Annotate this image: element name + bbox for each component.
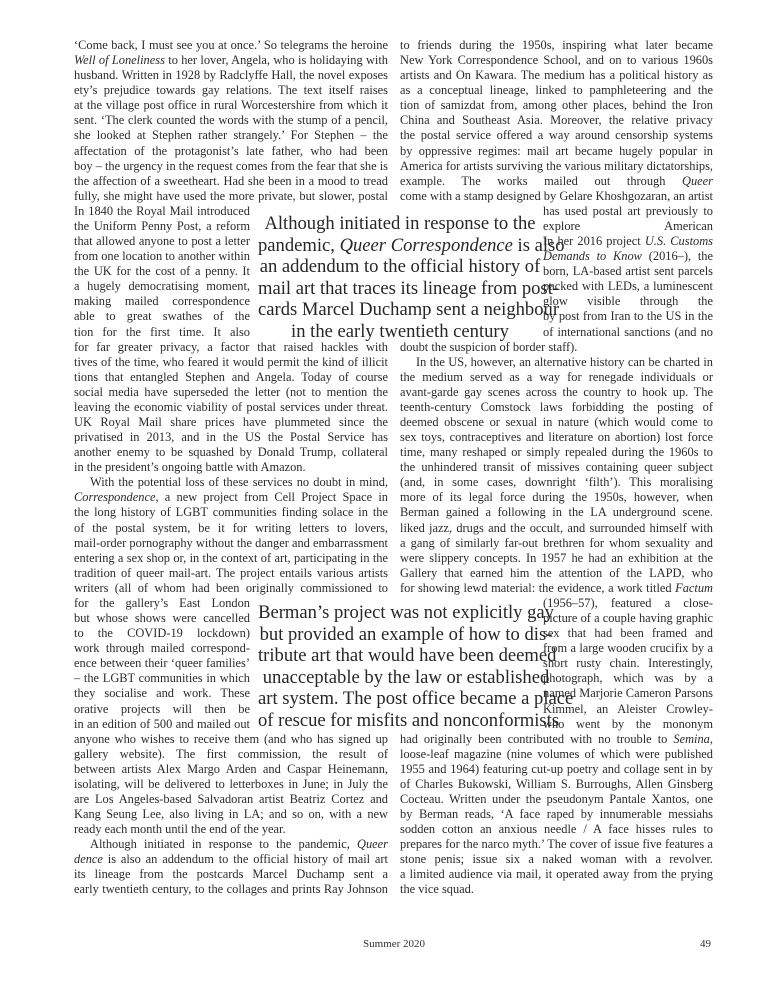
text-run: by oppressive regimes: mail art became h… — [400, 144, 713, 159]
text-line: example. The works mailed out through Qu… — [400, 174, 713, 189]
text-line: social media have superseded the letter … — [74, 385, 388, 400]
text-run: photograph, which was by a friend — [543, 671, 713, 686]
text-line: a limited audience via mail, it operated… — [400, 867, 713, 882]
text-run: she looked at Stephen rather strangely.’… — [74, 128, 388, 143]
text-line: tion of samizdat from, among other place… — [400, 98, 713, 113]
text-line: the postal service offered a way around … — [400, 128, 713, 143]
text-run: from one location to another within — [74, 249, 250, 263]
text-line: artists and On Kawara. The medium has a … — [400, 68, 713, 83]
text-line: 1955 and 1964) featuring cut-up poetry a… — [400, 762, 713, 777]
text-run: sent. ‘The clerk counted the words with … — [74, 113, 388, 128]
text-run: sex toys, contraceptives and literature … — [400, 430, 713, 445]
text-line: tion for the first time. It also allowed — [74, 325, 250, 340]
text-run: cards Marcel Duchamp sent a neighbour — [258, 299, 559, 320]
text-line: mail-order pornography without the dange… — [74, 536, 388, 551]
text-run: ‘Come back, I must see you at once.’ So … — [74, 38, 388, 53]
text-run: the medium served as a way for renegade … — [400, 370, 713, 385]
text-line: In her 2016 project U.S. Customs — [543, 234, 713, 249]
text-run: China and Southeast Asia. Moreover, the … — [400, 113, 713, 128]
text-line: to friends during the 1950s, inspiring w… — [400, 38, 713, 53]
text-line: explore American authoritarianism. — [543, 219, 713, 234]
text-line: its lineage from the postcards Marcel Du… — [74, 867, 388, 882]
text-line: ety’s prejudice towards gay relations. T… — [74, 83, 388, 98]
text-run: were slippery concepts. In 1957 he had a… — [400, 551, 713, 566]
text-line: the UK for the cost of a penny. It was — [74, 264, 250, 279]
text-line: tions that entangled Stephen and Angela.… — [74, 370, 388, 385]
text-run: tion of samizdat from, among other place… — [400, 98, 713, 113]
text-line: she looked at Stephen rather strangely.’… — [74, 128, 388, 143]
text-run: that allowed anyone to post a letter — [74, 234, 250, 248]
text-line: sex that had been framed and hung — [543, 626, 713, 641]
text-line: the vice squad. — [400, 882, 713, 897]
text-line: the Uniform Penny Post, a reform — [74, 219, 250, 234]
text-run: With the potential loss of these service… — [90, 475, 388, 489]
text-line: tives of the time, who feared it would p… — [74, 355, 388, 370]
text-run: prepares for the narco myth.’ The cover … — [400, 837, 713, 852]
text-line: leaving the economic viability of postal… — [74, 400, 388, 415]
magazine-page: ‘Come back, I must see you at once.’ So … — [0, 0, 774, 987]
text-run: in the president’s ongoing battle with A… — [74, 460, 306, 474]
text-line: ready each month until the end of the ye… — [74, 822, 388, 837]
text-run: to friends during the 1950s, inspiring w… — [400, 38, 713, 53]
text-run: In the US, however, an alternative histo… — [416, 355, 713, 370]
text-run: in the early twentieth century — [291, 321, 509, 342]
text-line: Kang Seung Lee, also living in LA; and s… — [74, 807, 388, 822]
text-line: photograph, which was by a friend — [543, 671, 713, 686]
text-line: dence is also an addendum to the officia… — [74, 852, 388, 867]
text-run: an addendum to the official history of — [260, 256, 541, 277]
text-run: another enemy to be squashed by Donald T… — [74, 445, 388, 460]
text-line: between artists Alex Margo Arden and Cas… — [74, 762, 388, 777]
text-line: ence between their ‘queer families’ — [74, 656, 250, 671]
text-line: – the LGBT communities in which — [74, 671, 250, 686]
text-line: Cocteau. Written under the pseudonym Pan… — [400, 792, 713, 807]
text-line: Although initiated in response to the pa… — [90, 837, 388, 852]
text-line: as a conceptual lineage, linked to pamph… — [400, 83, 713, 98]
text-line: orative projects will then be produced — [74, 702, 250, 717]
text-line: packed with LEDs, a luminescent — [543, 279, 713, 294]
text-run: tions that entangled Stephen and Angela.… — [74, 370, 388, 385]
text-run: tion for the first time. It also allowed — [74, 325, 250, 340]
text-run: of international sanctions (and no — [543, 325, 713, 339]
text-run: to the COVID-19 lockdown) creating — [74, 626, 250, 641]
text-run: between artists Alex Margo Arden and Cas… — [74, 762, 388, 777]
pull-quote-berman: Berman’s project was not explicitly gayb… — [258, 602, 554, 731]
text-run: Berman’s project was not explicitly gay — [258, 602, 554, 623]
text-run: come with a stamp designed by Gelare Kho… — [400, 189, 713, 204]
text-line: ‘Come back, I must see you at once.’ So … — [74, 38, 388, 53]
text-run: a limited audience via mail, it operated… — [400, 867, 713, 882]
text-run: stone penis; issue six a naked woman wit… — [400, 852, 713, 867]
text-run: the unhindered transit of missives conta… — [400, 460, 713, 475]
text-run: Gallery that earned him the attention of… — [400, 566, 713, 581]
text-line: Berman gained a following in the LA unde… — [400, 505, 713, 520]
text-line: Demands to Know (2016–), the Tehran- — [543, 249, 713, 264]
text-line: the affection of a sweetheart. Had she b… — [74, 174, 388, 189]
text-line: picture of a couple having graphic — [543, 611, 713, 626]
text-line: by Berman reads, ‘A face raped by innume… — [400, 807, 713, 822]
text-run: fully, she might have used the more priv… — [74, 189, 388, 204]
text-run: of the postal system, be it for writing … — [74, 521, 388, 536]
text-run: isolating, will be delivered to letterbo… — [74, 777, 388, 792]
text-line: had originally been contributed with no … — [400, 732, 713, 747]
text-run: at the village post office in rural Worc… — [74, 98, 388, 113]
text-run: ety’s prejudice towards gay relations. T… — [74, 83, 388, 98]
pull-quote-line: cards Marcel Duchamp sent a neighbour — [258, 299, 542, 321]
text-line: Gallery that earned him the attention of… — [400, 566, 713, 581]
text-run: a gang of similarly far-out brethren for… — [400, 536, 713, 551]
text-run: its lineage from the postcards Marcel Du… — [74, 867, 388, 882]
text-line: has used postal art previously to — [543, 204, 713, 219]
text-run: the vice squad. — [400, 882, 474, 896]
pull-quote-line: Although initiated in response to the — [258, 213, 542, 235]
text-run: (and, in some cases, downright ‘filth’).… — [400, 475, 713, 490]
text-run: ready each month until the end of the ye… — [74, 822, 286, 836]
text-run: short rusty chain. Interestingly, the — [543, 656, 713, 671]
text-run: tribute art that would have been deemed — [258, 645, 556, 666]
text-line: sent. ‘The clerk counted the words with … — [74, 113, 388, 128]
text-line: husband. Written in 1928 by Radclyffe Ha… — [74, 68, 388, 83]
text-run: explore American authoritarianism. — [543, 219, 713, 234]
footer-issue-date: Summer 2020 — [363, 938, 425, 950]
text-run: entering a sex shop or, in the context o… — [74, 551, 388, 566]
text-line: another enemy to be squashed by Donald T… — [74, 445, 388, 460]
text-line: Well of Loneliness to her lover, Angela,… — [74, 53, 388, 68]
text-run: early twentieth century, to the collages… — [74, 882, 388, 897]
text-line: the medium served as a way for renegade … — [400, 370, 713, 385]
pull-quote-line: Berman’s project was not explicitly gay — [258, 602, 554, 624]
text-run: the long history of LGBT communities fin… — [74, 505, 388, 520]
italic-title: Queer Correspondence — [340, 235, 513, 256]
pull-quote-line: pandemic, Queer Correspondence is also — [258, 235, 542, 257]
text-run: a hugely democratising moment, — [74, 279, 250, 293]
pull-quote-line: mail art that traces its lineage from po… — [258, 278, 542, 300]
pull-quote-line: art system. The post office became a pla… — [258, 688, 554, 710]
text-run: of Charles Bukowski, William S. Burrough… — [400, 777, 713, 792]
text-line: of the postal system, be it for writing … — [74, 521, 388, 536]
text-run: teenth-century Comstock laws forbidding … — [400, 400, 713, 415]
pull-quote-duchamp: Although initiated in response to thepan… — [258, 213, 542, 342]
text-line: China and Southeast Asia. Moreover, the … — [400, 113, 713, 128]
text-run: avant-garde gay scenes across the countr… — [400, 385, 713, 400]
text-line: from a large wooden crucifix by a — [543, 641, 713, 656]
text-line: by oppressive regimes: mail art became h… — [400, 144, 713, 159]
text-line: With the potential loss of these service… — [90, 475, 388, 490]
text-run: the postal service offered a way around … — [400, 128, 713, 143]
italic-title: Well of Loneliness — [74, 53, 165, 67]
italic-title: Correspondence — [74, 490, 155, 504]
text-line: fully, she might have used the more priv… — [74, 189, 388, 204]
text-run: packed with LEDs, a luminescent — [543, 279, 713, 293]
text-run: tradition of queer mail-art. The project… — [74, 566, 388, 581]
text-line: for the gallery’s East London venue, — [74, 596, 250, 611]
text-run: as a conceptual lineage, linked to pamph… — [400, 83, 713, 98]
text-line: come with a stamp designed by Gelare Kho… — [400, 189, 713, 204]
text-run: of rescue for misfits and nonconformists — [258, 710, 559, 731]
text-run: born, LA-based artist sent parcels — [543, 264, 713, 278]
text-run: the Uniform Penny Post, a reform — [74, 219, 250, 233]
text-run: 1955 and 1964) featuring cut-up poetry a… — [400, 762, 713, 777]
text-run: husband. Written in 1928 by Radclyffe Ha… — [74, 68, 388, 83]
text-line: work through mailed correspond- — [74, 641, 250, 656]
text-run: glow visible through the packaging, — [543, 294, 713, 309]
text-run: mail-order pornography without the dange… — [74, 536, 388, 551]
text-line: (and, in some cases, downright ‘filth’).… — [400, 475, 713, 490]
text-line: teenth-century Comstock laws forbidding … — [400, 400, 713, 415]
text-line: gallery website). The first commission, … — [74, 747, 388, 762]
text-run: by Berman reads, ‘A face raped by innume… — [400, 807, 713, 822]
text-line: born, LA-based artist sent parcels — [543, 264, 713, 279]
text-line: that allowed anyone to post a letter — [74, 234, 250, 249]
text-line: time, many reshaped or simply repealed d… — [400, 445, 713, 460]
text-run: from a large wooden crucifix by a — [543, 641, 713, 655]
text-line: writers (all of whom had been originally… — [74, 581, 388, 596]
text-line: loose-leaf magazine (nine volumes of whi… — [400, 747, 713, 762]
text-run: who went by the mononym Cemeron, — [543, 717, 713, 732]
text-line: boy – the urgency in the request comes f… — [74, 159, 388, 174]
pull-quote-line: tribute art that would have been deemed — [258, 645, 554, 667]
text-run: – the LGBT communities in which — [74, 671, 250, 685]
text-line: to the COVID-19 lockdown) creating — [74, 626, 250, 641]
text-run: Cocteau. Written under the pseudonym Pan… — [400, 792, 713, 807]
text-run: unacceptable by the law or established — [263, 667, 550, 688]
text-line: early twentieth century, to the collages… — [74, 882, 388, 897]
text-run: Berman gained a following in the LA unde… — [400, 505, 713, 520]
text-run: sodden cotton an anxious needle / A face… — [400, 822, 713, 837]
text-line: In 1840 the Royal Mail introduced — [74, 204, 250, 219]
text-line: who went by the mononym Cemeron, — [543, 717, 713, 732]
text-run: for showing lewd material: the evidence,… — [400, 581, 675, 595]
text-run: liked jazz, drugs and the occult, and su… — [400, 521, 713, 535]
text-run: by post from Iran to the US in the face — [543, 309, 713, 324]
text-line: In the US, however, an alternative histo… — [416, 355, 713, 370]
text-run: New York Correspondence School, and on t… — [400, 53, 713, 68]
text-line: by post from Iran to the US in the face — [543, 309, 713, 324]
text-line: from one location to another within — [74, 249, 250, 264]
text-run: time, many reshaped or simply repealed d… — [400, 445, 713, 460]
text-line: of Charles Bukowski, William S. Burrough… — [400, 777, 713, 792]
text-run: Although initiated in response to the pa… — [90, 837, 357, 851]
text-line: privatised in 2013, and in the US the Po… — [74, 430, 388, 445]
text-line: more of its legal force during the 1950s… — [400, 490, 713, 505]
text-line: liked jazz, drugs and the occult, and su… — [400, 521, 713, 536]
text-run: able to great swathes of the popula- — [74, 309, 250, 324]
text-run: ence between their ‘queer families’ — [74, 656, 250, 670]
text-line: but whose shows were cancelled due — [74, 611, 250, 626]
text-line: at the village post office in rural Worc… — [74, 98, 388, 113]
text-run: gallery website). The first commission, … — [74, 747, 388, 762]
text-run: but whose shows were cancelled due — [74, 611, 250, 626]
text-line: making mailed correspondence avail- — [74, 294, 250, 309]
text-run: anyone who wishes to receive them (and w… — [74, 732, 388, 747]
text-line: a gang of similarly far-out brethren for… — [400, 536, 713, 551]
text-run: art system. The post office became a pla… — [258, 688, 573, 709]
text-run: had originally been contributed with no … — [400, 732, 673, 746]
text-line: deemed obscene or sexual in nature (whic… — [400, 415, 713, 430]
text-run: loose-leaf magazine (nine volumes of whi… — [400, 747, 713, 762]
text-run: pandemic, — [258, 235, 340, 256]
text-line: avant-garde gay scenes across the countr… — [400, 385, 713, 400]
text-run: is also an addendum to the official hist… — [74, 852, 388, 867]
text-line: isolating, will be delivered to letterbo… — [74, 777, 388, 792]
text-line: tradition of queer mail-art. The project… — [74, 566, 388, 581]
text-run: leaving the economic viability of postal… — [74, 400, 388, 415]
italic-title: U.S. Customs — [645, 234, 713, 248]
text-run: has used postal art previously to — [543, 204, 713, 218]
pull-quote-line: of rescue for misfits and nonconformists — [258, 710, 554, 732]
text-run: is also — [513, 235, 565, 256]
text-run: boy – the urgency in the request comes f… — [74, 159, 388, 174]
text-line: for showing lewd material: the evidence,… — [400, 581, 713, 596]
text-run: picture of a couple having graphic — [543, 611, 713, 625]
text-line: UK Royal Mail share prices have plummete… — [74, 415, 388, 430]
text-line: a hugely democratising moment, — [74, 279, 250, 294]
text-run: example. The works mailed out through — [400, 174, 682, 188]
text-line: entering a sex shop or, in the context o… — [74, 551, 388, 566]
text-run: making mailed correspondence avail- — [74, 294, 250, 309]
text-line: able to great swathes of the popula- — [74, 309, 250, 324]
text-line: stone penis; issue six a naked woman wit… — [400, 852, 713, 867]
text-run: America for artists surviving the variou… — [400, 159, 713, 174]
text-run: in an edition of 500 and mailed out to — [74, 717, 250, 732]
text-run: but provided an example of how to dis- — [260, 624, 553, 645]
text-run: In 1840 the Royal Mail introduced — [74, 204, 250, 218]
text-line: in an edition of 500 and mailed out to — [74, 717, 250, 732]
text-run: Although initiated in response to the — [264, 213, 535, 234]
text-line: short rusty chain. Interestingly, the — [543, 656, 713, 671]
text-line: Correspondence, a new project from Cell … — [74, 490, 388, 505]
text-line: in the president’s ongoing battle with A… — [74, 460, 388, 475]
text-run: are Los Angeles-based Salvadoran artist … — [74, 792, 388, 807]
text-run: social media have superseded the letter … — [74, 385, 388, 400]
text-run: the affection of a sweetheart. Had she b… — [74, 174, 388, 189]
text-line: the long history of LGBT communities fin… — [74, 505, 388, 520]
text-line: New York Correspondence School, and on t… — [400, 53, 713, 68]
text-run: they socialise and work. These collab- — [74, 686, 250, 701]
text-line: anyone who wishes to receive them (and w… — [74, 732, 388, 747]
text-line: sodden cotton an anxious needle / A face… — [400, 822, 713, 837]
text-run: tives of the time, who feared it would p… — [74, 355, 388, 370]
text-run: Kang Seung Lee, also living in LA; and s… — [74, 807, 388, 822]
text-run: privatised in 2013, and in the US the Po… — [74, 430, 388, 445]
pull-quote-line: an addendum to the official history of — [258, 256, 542, 278]
text-run: deemed obscene or sexual in nature (whic… — [400, 415, 713, 430]
pull-quote-line: but provided an example of how to dis- — [258, 624, 554, 646]
text-line: affectation of the protagonist’s late fa… — [74, 144, 388, 159]
text-line: are Los Angeles-based Salvadoran artist … — [74, 792, 388, 807]
text-line: glow visible through the packaging, — [543, 294, 713, 309]
text-run: orative projects will then be produced — [74, 702, 250, 717]
italic-title: Semina — [673, 732, 709, 746]
text-line: (1956–57), featured a close-cropped — [543, 596, 713, 611]
text-line: sex toys, contraceptives and literature … — [400, 430, 713, 445]
text-line: the unhindered transit of missives conta… — [400, 460, 713, 475]
text-line: were slippery concepts. In 1957 he had a… — [400, 551, 713, 566]
text-run: sex that had been framed and hung — [543, 626, 713, 641]
pull-quote-line: unacceptable by the law or established — [258, 667, 554, 689]
text-run: the UK for the cost of a penny. It was — [74, 264, 250, 279]
text-line: of international sanctions (and no — [543, 325, 713, 340]
text-run: mail art that traces its lineage from po… — [258, 278, 559, 299]
italic-title: dence — [74, 852, 103, 866]
page-number: 49 — [700, 938, 711, 950]
text-line: America for artists surviving the variou… — [400, 159, 713, 174]
text-run: (1956–57), featured a close-cropped — [543, 596, 713, 611]
text-run: more of its legal force during the 1950s… — [400, 490, 713, 505]
text-run: affectation of the protagonist’s late fa… — [74, 144, 388, 159]
text-run: work through mailed correspond- — [74, 641, 250, 655]
text-run: UK Royal Mail share prices have plummete… — [74, 415, 388, 430]
text-run: artists and On Kawara. The medium has a … — [400, 68, 713, 83]
text-run: for the gallery’s East London venue, — [74, 596, 250, 611]
text-line: prepares for the narco myth.’ The cover … — [400, 837, 713, 852]
text-run: writers (all of whom had been originally… — [74, 581, 388, 596]
text-line: they socialise and work. These collab- — [74, 686, 250, 701]
pull-quote-line: in the early twentieth century — [258, 321, 542, 343]
